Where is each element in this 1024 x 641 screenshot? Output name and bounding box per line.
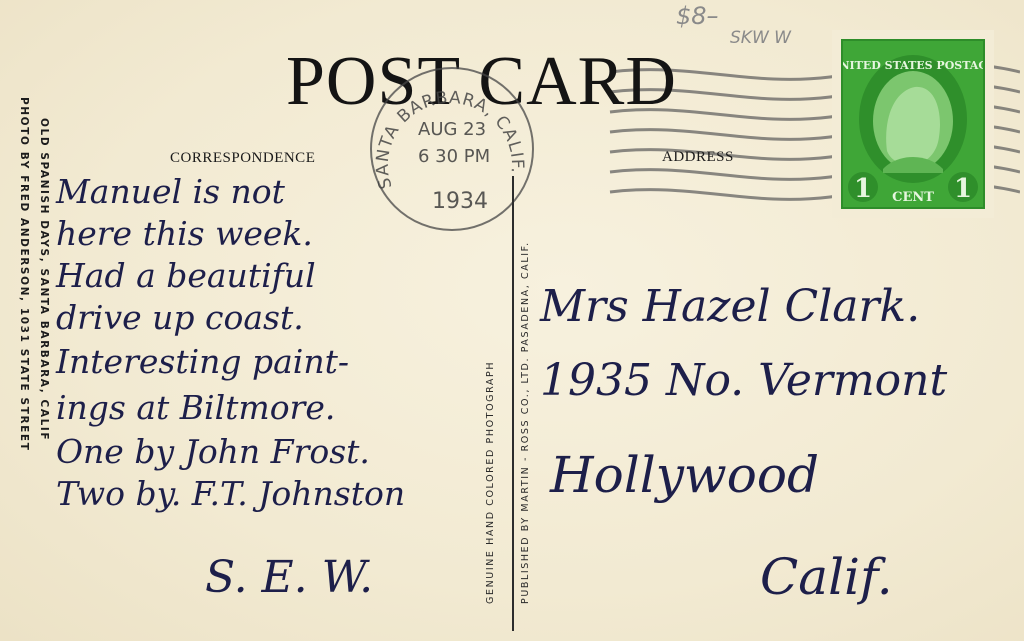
postmark-date: AUG 23 (418, 119, 486, 140)
message-line-3: Had a beautiful (56, 254, 316, 298)
address-label: ADDRESS (662, 149, 734, 166)
pencil-code-note: SKW W (730, 28, 791, 48)
recipient-state: Calif. (760, 552, 893, 602)
stamp-denomination-left: 1 (854, 174, 872, 204)
postmark-year: 1934 (432, 189, 488, 214)
recipient-street: 1935 No. Vermont (540, 356, 947, 406)
stamp-denomination-right: 1 (954, 174, 972, 204)
pencil-price-note: $8– (676, 2, 719, 30)
postage-stamp: UNITED STATES POSTAGE 1 1 CENT (832, 30, 994, 218)
correspondence-label: CORRESPONDENCE (170, 150, 315, 167)
postcard-back: $8– SKW W POST CARD CORRESPONDENCE ADDRE… (0, 0, 1024, 641)
message-signature: S. E. W. (205, 552, 373, 603)
side-caption-line1: OLD SPANISH DAYS, SANTA BARBARA, CALIF (38, 118, 50, 441)
message-line-5: Interesting paint- (56, 340, 349, 384)
postmark-time: 6 30 PM (418, 146, 490, 167)
franklin-portrait-icon: UNITED STATES POSTAGE 1 1 CENT (843, 41, 983, 207)
message-line-4: drive up coast. (56, 296, 304, 340)
message-line-7: One by John Frost. (56, 430, 370, 474)
recipient-name: Mrs Hazel Clark. (540, 282, 920, 332)
stamp-top-text: UNITED STATES POSTAGE (843, 59, 983, 72)
stamp-face: UNITED STATES POSTAGE 1 1 CENT (841, 39, 985, 209)
side-caption-line2: PHOTO BY FRED ANDERSON, 1031 STATE STREE… (18, 97, 30, 451)
stamp-bottom-text: CENT (892, 190, 934, 205)
message-line-8: Two by. F.T. Johnston (56, 472, 405, 516)
recipient-city: Hollywood (550, 450, 819, 500)
center-divider (512, 176, 514, 631)
message-line-2: here this week. (56, 212, 313, 256)
message-line-6: ings at Biltmore. (56, 386, 335, 430)
publisher-line1: GENUINE HAND COLORED PHOTOGRAPH (485, 361, 496, 604)
publisher-line2: PUBLISHED BY MARTIN - ROSS CO., LTD. PAS… (520, 241, 531, 604)
message-line-1: Manuel is not (56, 170, 285, 214)
postmark: SANTA BARBARA, CALIF. AUG 23 6 30 PM 193… (370, 67, 534, 231)
